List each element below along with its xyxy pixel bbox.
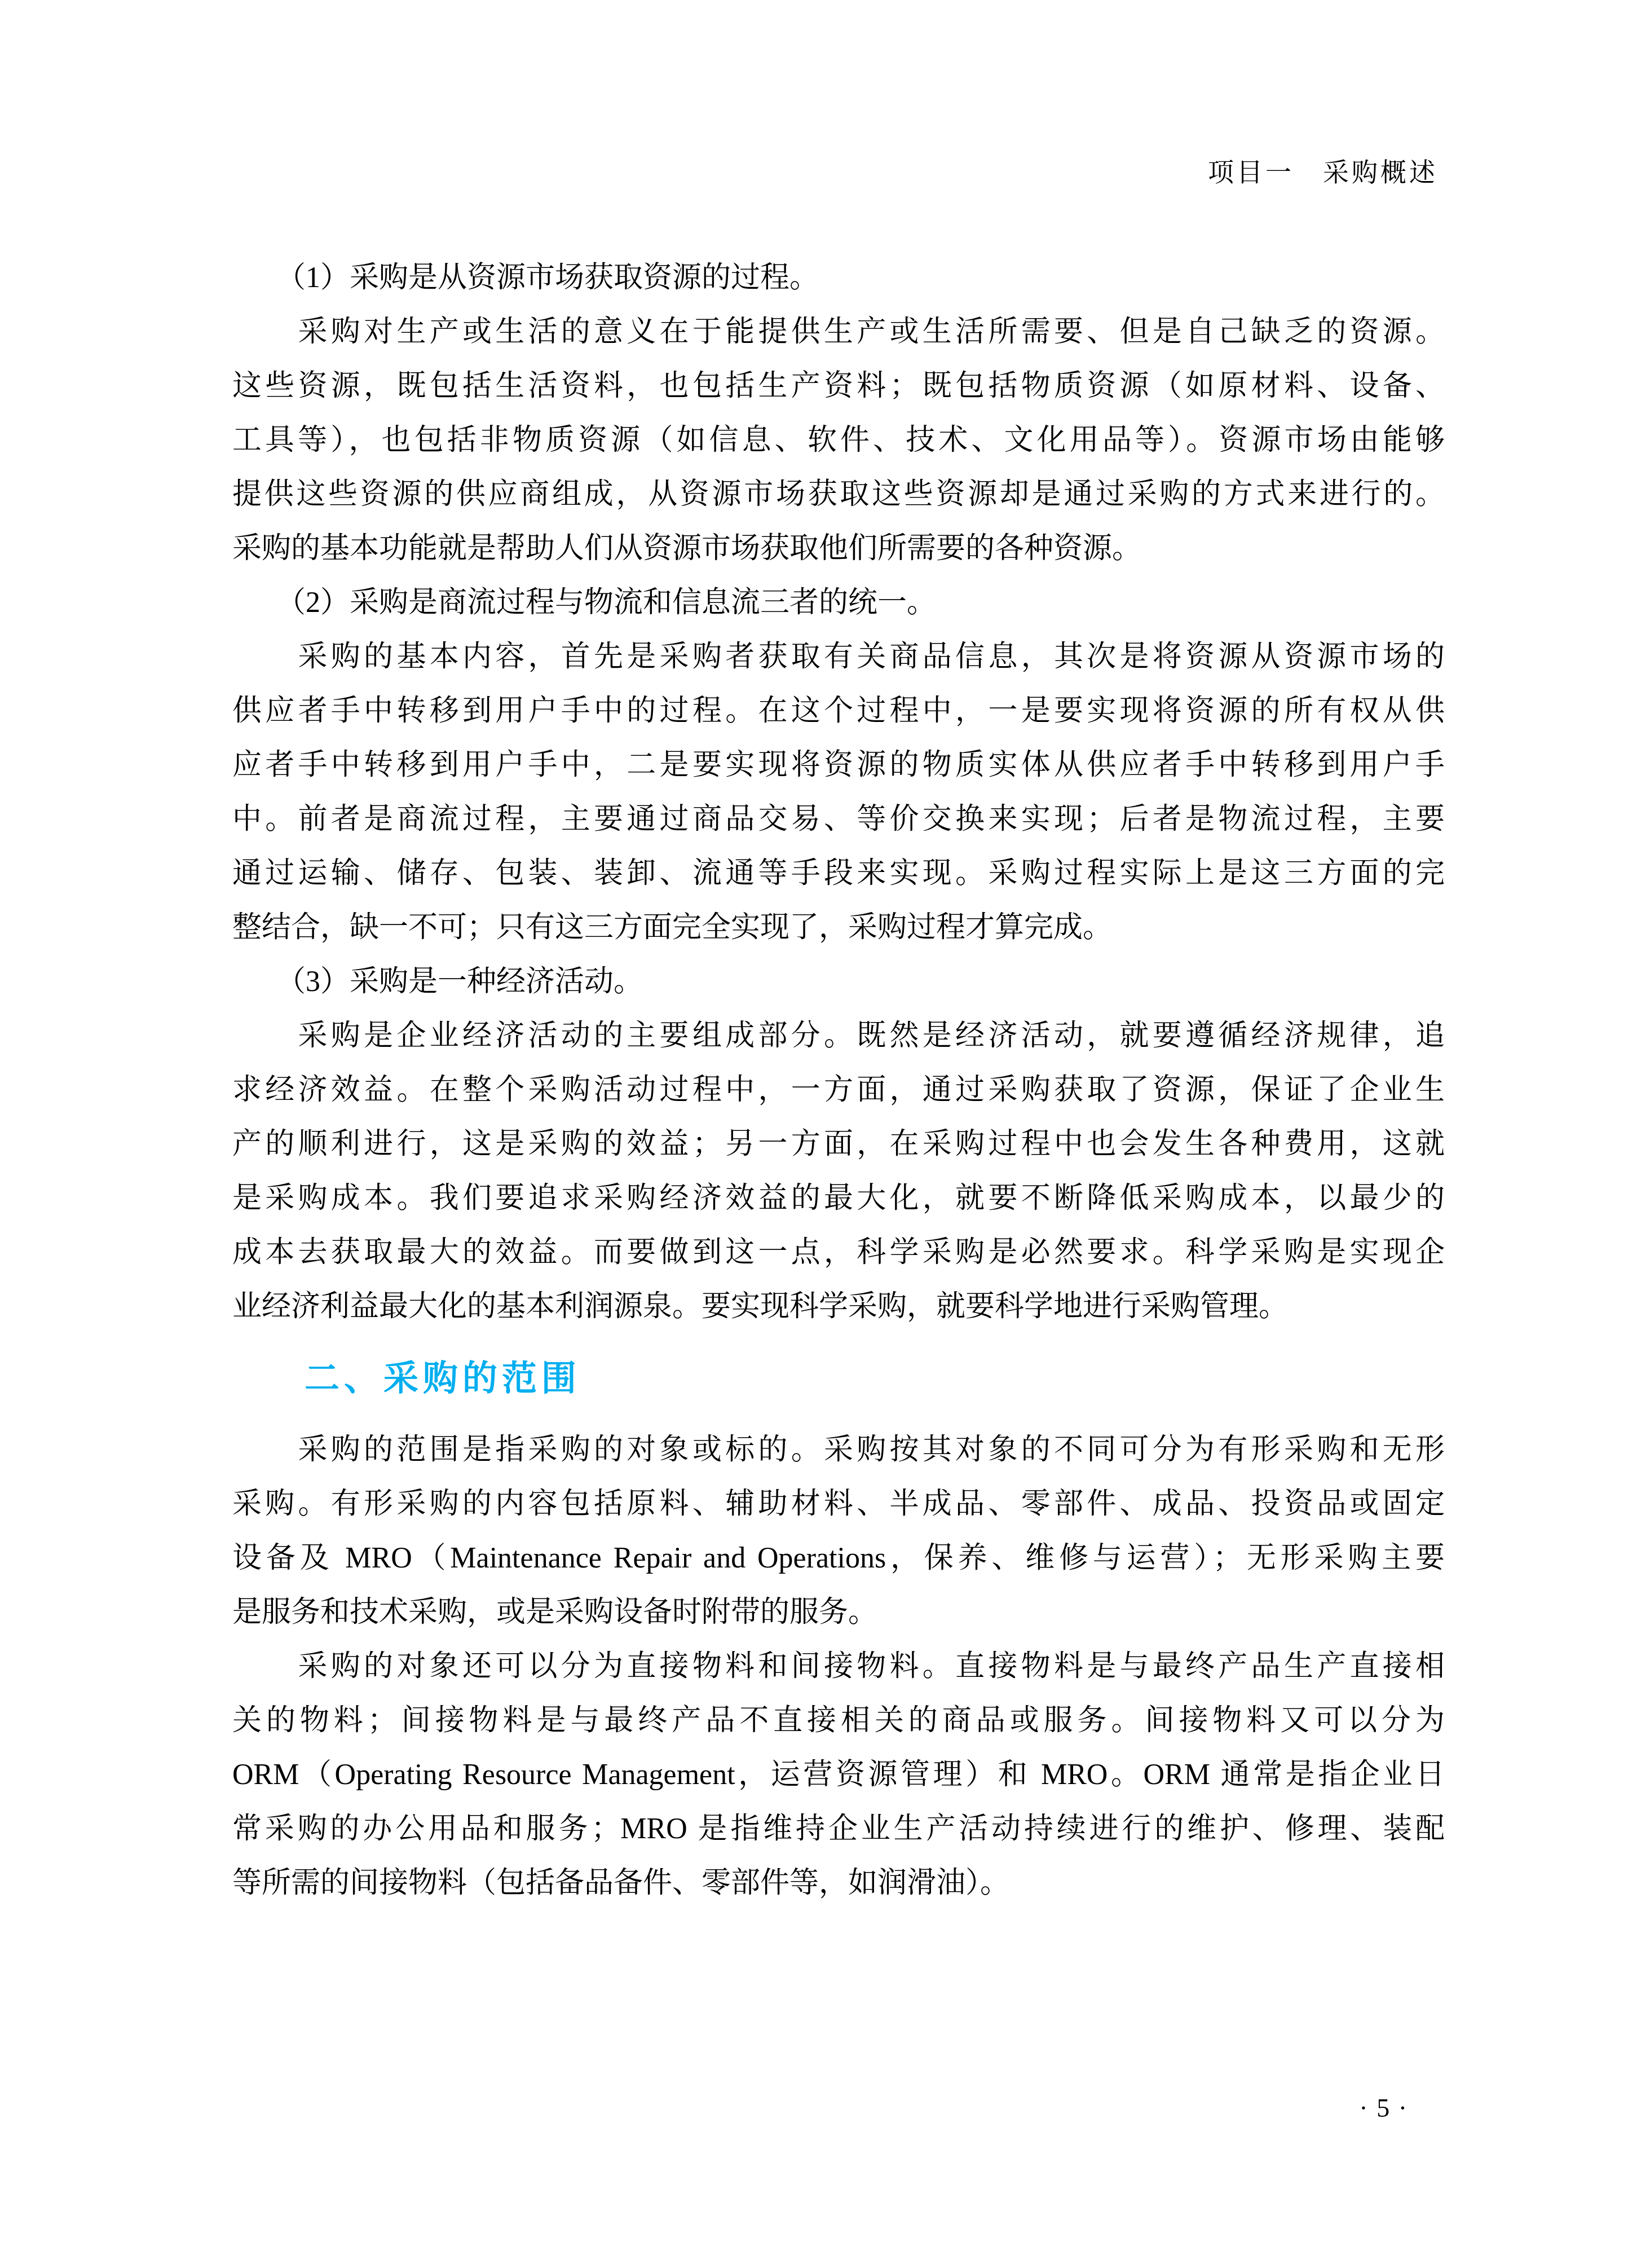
text-line: ORM（Operating Resource Management，运营资源管理… [232, 1748, 1445, 1802]
running-header: 项目一 采购概述 [1208, 157, 1438, 188]
text-line: 产的顺利进行，这是采购的效益；另一方面，在采购过程中也会发生各种费用，这就 [232, 1117, 1445, 1172]
text-line: 设备及 MRO（Maintenance Repair and Operation… [232, 1531, 1445, 1586]
text-line: 这些资源，既包括生活资料，也包括生产资料；既包括物质资源（如原材料、设备、 [232, 359, 1445, 413]
text-line: 等所需的间接物料（包括备品备件、零部件等，如润滑油）。 [232, 1856, 1445, 1910]
document-body: （1）采购是从资源市场获取资源的过程。 采购对生产或生活的意义在于能提供生产或生… [232, 251, 1445, 1910]
text-line: （3）采购是一种经济活动。 [232, 955, 1445, 1009]
text-line: 采购对生产或生活的意义在于能提供生产或生活所需要、但是自己缺乏的资源。 [232, 305, 1445, 359]
page-number: · 5 · [1359, 2093, 1408, 2124]
text-line: 应者手中转移到用户手中，二是要实现将资源的物质实体从供应者手中转移到用户手 [232, 738, 1445, 792]
text-line: 关的物料；间接物料是与最终产品不直接相关的商品或服务。间接物料又可以分为 [232, 1694, 1445, 1748]
text-line: 采购的基本功能就是帮助人们从资源市场获取他们所需要的各种资源。 [232, 522, 1445, 576]
text-line: 是采购成本。我们要追求采购经济效益的最大化，就要不断降低采购成本，以最少的 [232, 1172, 1445, 1226]
text-line: （2）采购是商流过程与物流和信息流三者的统一。 [232, 576, 1445, 630]
text-line: 供应者手中转移到用户手中的过程。在这个过程中，一是要实现将资源的所有权从供 [232, 684, 1445, 738]
text-line: 是服务和技术采购，或是采购设备时附带的服务。 [232, 1586, 1445, 1640]
text-line: 采购的对象还可以分为直接物料和间接物料。直接物料是与最终产品生产直接相 [232, 1640, 1445, 1694]
text-line: 采购的基本内容，首先是采购者获取有关商品信息，其次是将资源从资源市场的 [232, 630, 1445, 684]
text-line: 采购是企业经济活动的主要组成部分。既然是经济活动，就要遵循经济规律，追 [232, 1009, 1445, 1063]
text-line: 工具等），也包括非物质资源（如信息、软件、技术、文化用品等）。资源市场由能够 [232, 413, 1445, 468]
text-line: 通过运输、储存、包装、装卸、流通等手段来实现。采购过程实际上是这三方面的完 [232, 847, 1445, 901]
text-line: 提供这些资源的供应商组成，从资源市场获取这些资源却是通过采购的方式来进行的。 [232, 468, 1445, 522]
section-heading: 二、采购的范围 [232, 1355, 1445, 1403]
text-line: 常采购的办公用品和服务；MRO 是指维持企业生产活动持续进行的维护、修理、装配 [232, 1802, 1445, 1856]
text-line: 中。前者是商流过程，主要通过商品交易、等价交换来实现；后者是物流过程，主要 [232, 792, 1445, 847]
text-line: （1）采购是从资源市场获取资源的过程。 [232, 251, 1445, 305]
text-line: 整结合，缺一不可；只有这三方面完全实现了，采购过程才算完成。 [232, 901, 1445, 955]
text-line: 成本去获取最大的效益。而要做到这一点，科学采购是必然要求。科学采购是实现企 [232, 1226, 1445, 1280]
document-page: 项目一 采购概述 （1）采购是从资源市场获取资源的过程。 采购对生产或生活的意义… [0, 0, 1628, 2268]
text-line: 业经济利益最大化的基本利润源泉。要实现科学采购，就要科学地进行采购管理。 [232, 1280, 1445, 1334]
text-line: 求经济效益。在整个采购活动过程中，一方面，通过采购获取了资源，保证了企业生 [232, 1063, 1445, 1117]
text-line: 采购。有形采购的内容包括原料、辅助材料、半成品、零部件、成品、投资品或固定 [232, 1477, 1445, 1531]
text-line: 采购的范围是指采购的对象或标的。采购按其对象的不同可分为有形采购和无形 [232, 1423, 1445, 1477]
